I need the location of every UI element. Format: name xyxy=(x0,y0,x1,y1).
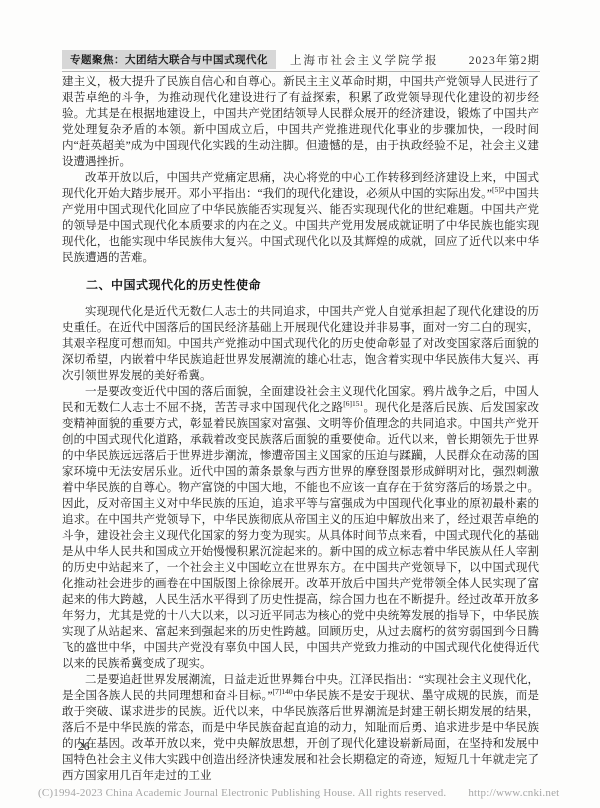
text-run: 中华民族不是安于现状、墨守成规的民族，而是敢于突破、谋求进步的民族。近代以来，中… xyxy=(62,690,539,782)
cnki-url: http://www.cnki.net xyxy=(468,787,559,799)
issue-label: 2023年第2期 xyxy=(469,52,540,68)
article-body: 建主义，极大提升了民族自信心和自尊心。新民主主义革命时期，中国共产党领导人民进行… xyxy=(62,74,539,784)
copyright-footer: (C)1994-2023 China Academic Journal Elec… xyxy=(38,787,559,799)
text-run: 改革开放以后，中国共产党痛定思痛，决心将党的中心工作转移到经济建设上来，中国式现… xyxy=(62,172,539,200)
section-heading: 二、中国式现代化的历史性使命 xyxy=(62,277,539,293)
page-header: 专题聚焦：大团结大联合与中国式现代化 上海市社会主义学院学报 2023年第2期 xyxy=(62,50,540,72)
page-number: 26 xyxy=(78,741,90,753)
paragraph: 实现现代化是近代无数仁人志士的共同追求，中国共产党人自觉承担起了现代化建设的历史… xyxy=(62,304,539,384)
copyright-text: (C)1994-2023 China Academic Journal Elec… xyxy=(38,787,446,799)
citation-ref: [7]140 xyxy=(273,687,293,696)
topic-label: 专题聚焦：大团结大联合与中国式现代化 xyxy=(62,50,276,69)
citation-ref: [6]151 xyxy=(343,399,363,408)
paragraph: 一是要改变近代中国的落后面貌，全面建设社会主义现代化国家。鸦片战争之后，中国人民… xyxy=(62,384,539,672)
journal-name: 上海市社会主义学院学报 xyxy=(290,52,439,68)
journal-scan-page: 专题聚焦：大团结大联合与中国式现代化 上海市社会主义学院学报 2023年第2期 … xyxy=(0,0,600,808)
paragraph: 二是要追赶世界发展潮流，日益走近世界舞台中央。江泽民指出：“实现社会主义现代化，… xyxy=(62,672,539,784)
paragraph: 改革开放以后，中国共产党痛定思痛，决心将党的中心工作转移到经济建设上来，中国式现… xyxy=(62,170,539,266)
text-run: 。现代化是落后民族、后发国家改变精神面貌的重要方式，彰显着民族国家对富强、文明等… xyxy=(62,402,539,670)
paragraph-continued: 建主义，极大提升了民族自信心和自尊心。新民主主义革命时期，中国共产党领导人民进行… xyxy=(62,74,539,170)
citation-ref: [5]2 xyxy=(492,185,505,194)
